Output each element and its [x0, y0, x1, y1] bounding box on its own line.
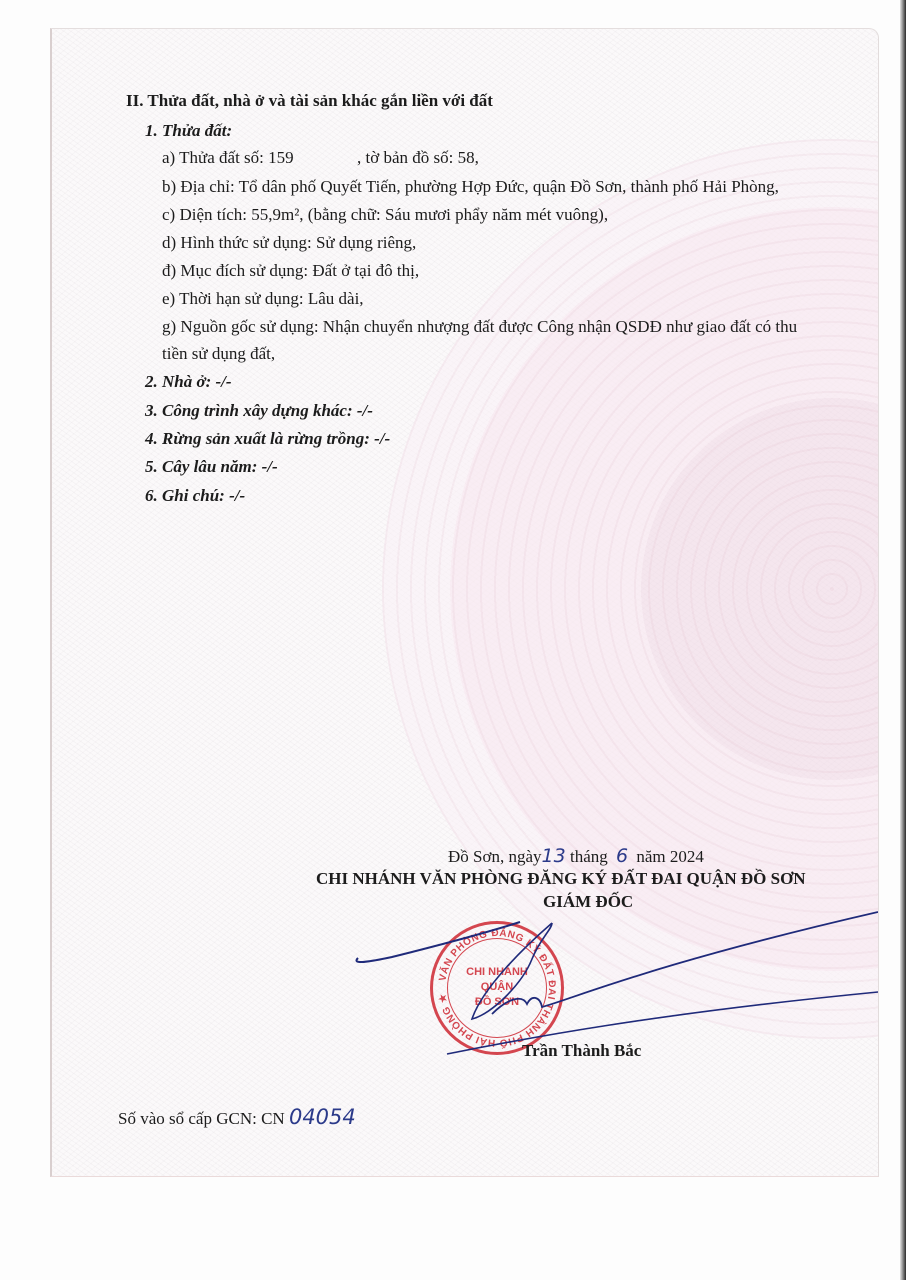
official-stamp: VĂN PHÒNG ĐĂNG KÝ ĐẤT ĐAI THÀNH PHỐ HẢI … [430, 921, 564, 1055]
signer-name: Trần Thành Bắc [522, 1040, 641, 1062]
year-label: năm 2024 [636, 847, 704, 866]
month-label: tháng [570, 847, 608, 866]
usage-purpose: đ) Mục đích sử dụng: Đất ở tại đô thị, [162, 260, 419, 282]
map-sheet-number: , tờ bản đồ số: 58, [357, 147, 479, 169]
registry-number: Số vào sổ cấp GCN: CN 04054 [118, 1106, 356, 1130]
usage-form: d) Hình thức sử dụng: Sử dụng riêng, [162, 232, 416, 254]
origin-line-2: tiền sử dụng đất, [162, 343, 275, 365]
item-other-construction: 3. Công trình xây dựng khác: -/- [145, 400, 373, 422]
area: c) Diện tích: 55,9m², (bằng chữ: Sáu mươ… [162, 204, 608, 226]
issue-date: Đồ Sơn, ngày13 tháng 6 năm 2024 [448, 845, 704, 868]
date-prefix: Đồ Sơn, ngày [448, 847, 542, 866]
registry-number-handwritten: 04054 [289, 1105, 356, 1129]
item-perennial-trees: 5. Cây lâu năm: -/- [145, 456, 278, 478]
certificate-page: II. Thửa đất, nhà ở và tài sản khác gắn … [50, 28, 879, 1177]
scan-edge [900, 0, 906, 1280]
stamp-inner-ring: CHI NHÁNH QUẬN ĐỒ SƠN [447, 938, 547, 1038]
day-handwritten: 13 [542, 845, 566, 867]
parcel-number: a) Thửa đất số: 159 [162, 147, 294, 169]
land-parcel-heading: 1. Thửa đất: [145, 120, 232, 142]
stamp-center-text: CHI NHÁNH QUẬN ĐỒ SƠN [448, 965, 546, 1010]
item-planted-forest: 4. Rừng sản xuất là rừng trồng: -/- [145, 428, 390, 450]
item-house: 2. Nhà ở: -/- [145, 371, 232, 393]
issuing-organization: CHI NHÁNH VĂN PHÒNG ĐĂNG KÝ ĐẤT ĐAI QUẬN… [316, 868, 806, 890]
position-title: GIÁM ĐỐC [543, 891, 633, 913]
address: b) Địa chỉ: Tổ dân phố Quyết Tiến, phườn… [162, 176, 779, 198]
month-handwritten: 6 [616, 845, 628, 867]
section-title: II. Thửa đất, nhà ở và tài sản khác gắn … [126, 90, 493, 112]
registry-label: Số vào sổ cấp GCN: CN [118, 1109, 285, 1128]
origin-line-1: g) Nguồn gốc sử dụng: Nhận chuyển nhượng… [162, 316, 797, 338]
item-notes: 6. Ghi chú: -/- [145, 485, 245, 507]
certificate-content: II. Thửa đất, nhà ở và tài sản khác gắn … [52, 29, 878, 1176]
usage-term: e) Thời hạn sử dụng: Lâu dài, [162, 288, 364, 310]
